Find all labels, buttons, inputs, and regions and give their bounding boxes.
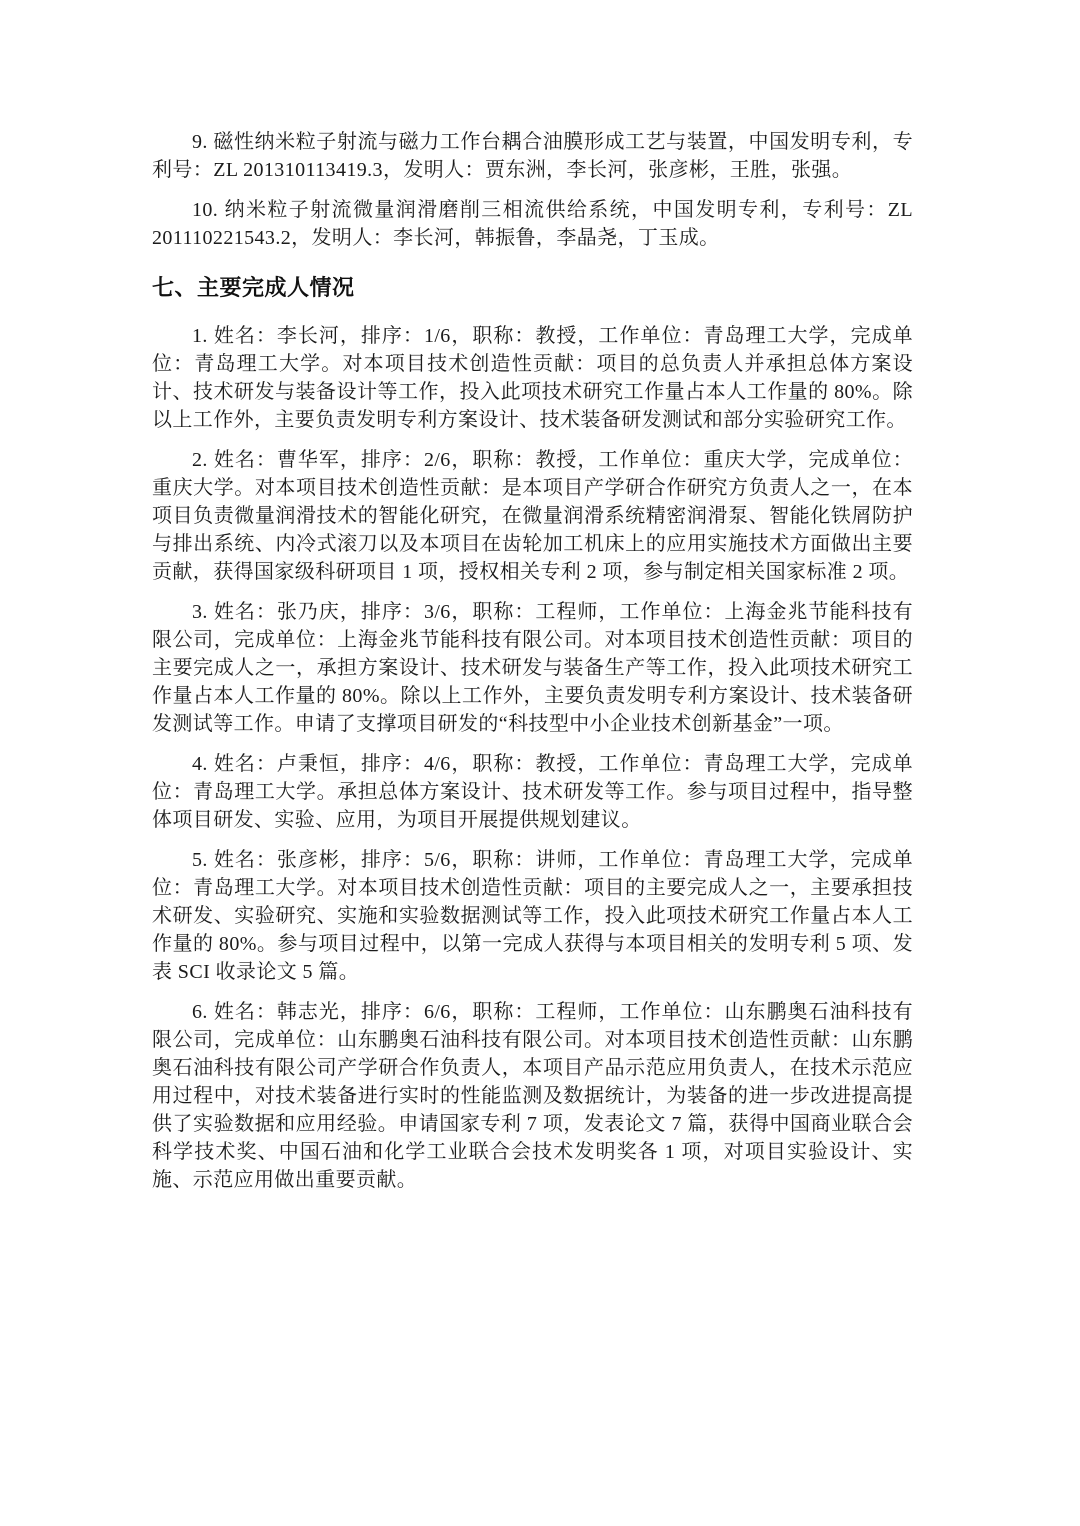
person-paragraph-5: 5. 姓名：张彦彬，排序：5/6，职称：讲师，工作单位：青岛理工大学，完成单位：… bbox=[152, 846, 913, 986]
person-paragraph-1: 1. 姓名：李长河，排序：1/6，职称：教授，工作单位：青岛理工大学，完成单位：… bbox=[152, 322, 913, 434]
patent-item-9: 9. 磁性纳米粒子射流与磁力工作台耦合油膜形成工艺与装置，中国发明专利，专利号：… bbox=[152, 128, 913, 184]
patent-item-10: 10. 纳米粒子射流微量润滑磨削三相流供给系统，中国发明专利，专利号：ZL 20… bbox=[152, 196, 913, 252]
person-paragraph-4: 4. 姓名：卢秉恒，排序：4/6，职称：教授，工作单位：青岛理工大学，完成单位：… bbox=[152, 750, 913, 834]
section-heading: 七、主要完成人情况 bbox=[152, 272, 913, 304]
person-paragraph-3: 3. 姓名：张乃庆，排序：3/6，职称：工程师，工作单位：上海金兆节能科技有限公… bbox=[152, 598, 913, 738]
person-paragraph-6: 6. 姓名：韩志光，排序：6/6，职称：工程师，工作单位：山东鹏奥石油科技有限公… bbox=[152, 998, 913, 1194]
document-page: 9. 磁性纳米粒子射流与磁力工作台耦合油膜形成工艺与装置，中国发明专利，专利号：… bbox=[0, 0, 1080, 1526]
person-paragraph-2: 2. 姓名：曹华军，排序：2/6，职称：教授，工作单位：重庆大学，完成单位：重庆… bbox=[152, 446, 913, 586]
